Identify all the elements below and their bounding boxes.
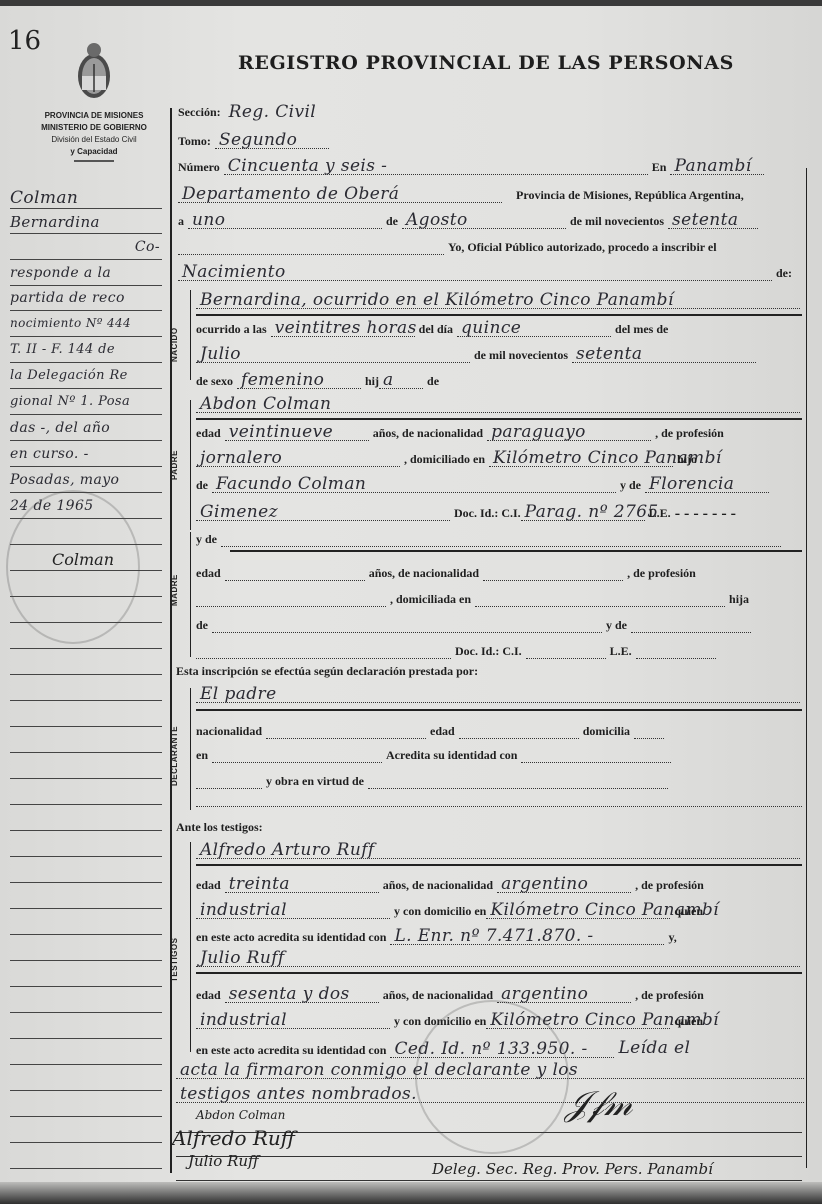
testigo-1-name-field: Alfredo Arturo Ruff (196, 842, 804, 859)
scan-edge-bottom (0, 1182, 822, 1204)
padre-dom-value: Kilómetro Cinco Panambí (489, 450, 673, 467)
padre-yde-value: Florencia (645, 476, 769, 493)
padre-yde-value-2: Gimenez (196, 504, 450, 521)
en-value: Panambí (670, 158, 764, 175)
declarante-name-value: El padre (196, 686, 800, 703)
anio-nac-value: setenta (572, 346, 756, 363)
margin-signature: Colman (52, 550, 114, 569)
padre-dom-field: jornalero , domiciliado en Kilómetro Cin… (196, 450, 697, 467)
signature-testigo-2: Julio Ruff (188, 1152, 259, 1170)
nacido-name-field: Bernardina, ocurrido en el Kilómetro Cin… (196, 292, 804, 309)
sexo-value: femenino (237, 372, 361, 389)
padre-name-field: Abdon Colman (196, 396, 804, 413)
numero-field: Número Cincuenta y seis - En Panambí (178, 158, 768, 175)
signature-oficial: 𝒥𝒻𝓂 (565, 1084, 633, 1124)
testigo-1-name-value: Alfredo Arturo Ruff (196, 842, 800, 859)
page-number: 16 (8, 26, 41, 56)
main-right-border (806, 168, 807, 1168)
mes-value: Agosto (402, 212, 566, 229)
dia-nac-value: quince (457, 320, 611, 337)
fecha-inscripcion-field: a uno de Agosto de mil novecientos seten… (178, 212, 762, 229)
padre-name-value: Abdon Colman (196, 396, 800, 413)
mes-nac-value: Julio (196, 346, 470, 363)
signature-declarante: Abdon Colman (196, 1108, 285, 1122)
agency-block: PROVINCIA DE MISIONES MINISTERIO DE GOBI… (14, 110, 174, 162)
declarante-name-field: El padre (196, 686, 804, 703)
dia-value: uno (188, 212, 382, 229)
testigo-2-edad-field: edad sesenta y dos años, de nacionalidad… (196, 986, 704, 1003)
padre-le-value: - - - - - - - (675, 505, 765, 521)
padre-de-value: Facundo Colman (212, 476, 616, 493)
madre-name-field: y de (196, 530, 785, 547)
seccion-field: Sección: Reg. Civil (178, 104, 373, 120)
testigo-2-name-field: Julio Ruff (196, 950, 804, 967)
madre-doc-field: Doc. Id.: C.I. L.E. (196, 642, 720, 659)
oficial-caption: Deleg. Sec. Reg. Prov. Pers. Panambí (432, 1160, 713, 1178)
padre-padres-field: de Facundo Colman y de Florencia (196, 476, 773, 493)
seccion-value: Reg. Civil (225, 104, 369, 120)
madre-dom-field: , domiciliada en hija (196, 590, 749, 607)
tomo-value: Segundo (215, 132, 329, 149)
departamento-value: Departamento de Oberá (178, 186, 502, 203)
nacido-sexo-field: de sexo femenino hij a de (196, 372, 439, 389)
section-tag-madre: MADRE (170, 574, 179, 606)
agency-line-4: y Capacidad (14, 146, 174, 158)
padre-edad-field: edad veintinueve años, de nacionalidad p… (196, 424, 724, 441)
document-page: 16 PROVINCIA DE MISIONES MINISTERIO DE G… (0, 0, 822, 1204)
madre-edad-field: edad años, de nacionalidad , de profesió… (196, 564, 696, 581)
signature-testigo-1: Alfredo Ruff (172, 1126, 295, 1150)
hora-value: veintitres horas (271, 320, 415, 337)
declarante-en-field: en Acredita su identidad con (196, 746, 675, 763)
padre-edad-value: veintinueve (225, 424, 369, 441)
testigo-1-dom-field: industrial y con domicilio en Kilómetro … (196, 902, 703, 919)
testigos-intro: Ante los testigos: (176, 820, 263, 835)
document-title: REGISTRO PROVINCIAL DE LAS PERSONAS (238, 52, 734, 74)
madre-padres-field: de y de (196, 616, 755, 633)
section-tag-nacido: NACIDO (170, 327, 179, 362)
padre-doc-field: Gimenez Doc. Id.: C.I. Parag. nº 2765 L.… (196, 504, 769, 521)
scan-edge-top (0, 0, 822, 6)
oficial-line: Yo, Oficial Público autorizado, procedo … (178, 238, 717, 255)
padre-doc-value: Parag. nº 2765 (521, 504, 645, 521)
official-seal-stamp (415, 1000, 569, 1154)
testigo-1-id-field: en este acto acredita su identidad con L… (196, 928, 677, 945)
acto-field: Nacimiento de: (178, 264, 792, 281)
hij-value: a (379, 372, 423, 389)
padre-prof-value: jornalero (196, 450, 400, 467)
tomo-field: Tomo: Segundo (178, 132, 333, 149)
madre-name-value (221, 530, 781, 547)
testigo-2-name-value: Julio Ruff (196, 950, 800, 967)
agency-line-2: MINISTERIO DE GOBIERNO (14, 122, 174, 134)
anio-value: setenta (668, 212, 758, 229)
acto-value: Nacimiento (178, 264, 772, 281)
declarante-intro: Esta inscripción se efectúa según declar… (176, 664, 478, 679)
section-tag-testigos: TESTIGOS (170, 938, 179, 982)
declarante-nac-field: nacionalidad edad domicilia (196, 722, 668, 739)
nacido-hora-field: ocurrido a las veintitres horas del día … (196, 320, 668, 337)
numero-value: Cincuenta y seis - (224, 158, 648, 175)
agency-line-3: División del Estado Civil (14, 134, 174, 146)
main-left-border (170, 108, 172, 1173)
testigo-1-edad-field: edad treinta años, de nacionalidad argen… (196, 876, 704, 893)
padre-nac-value: paraguayo (487, 424, 651, 441)
section-tag-padre: PADRE (170, 450, 179, 480)
coat-of-arms-icon (72, 40, 116, 104)
declarante-obra-field: y obra en virtud de (196, 772, 672, 789)
departamento-field: Departamento de Oberá Provincia de Misio… (178, 186, 744, 203)
section-tag-declarante: DECLARANTE (170, 726, 179, 786)
nacido-mes-field: Julio de mil novecientos setenta (196, 346, 760, 363)
nacido-name-value: Bernardina, ocurrido en el Kilómetro Cin… (196, 292, 800, 309)
agency-line-1: PROVINCIA DE MISIONES (14, 110, 174, 122)
